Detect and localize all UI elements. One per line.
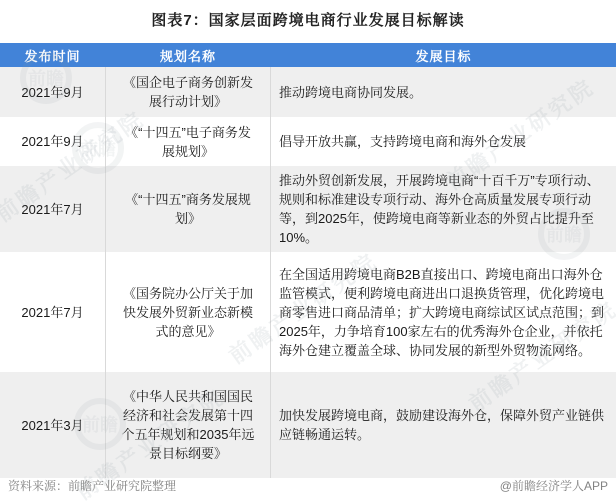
table-row: 2021年3月 《中华人民共和国国民经济和社会发展第十四个五年规划和2035年远… <box>0 372 616 478</box>
cell-plan-name: 《“十四五”商务发展规划》 <box>105 166 271 252</box>
cell-plan-name: 《国务院办公厅关于加快发展外贸新业态新模式的意见》 <box>105 252 271 372</box>
cell-publish-date: 2021年9月 <box>0 67 105 117</box>
brand-tag: @前瞻经济学人APP <box>500 477 608 494</box>
cell-development-goal: 推动跨境电商协同发展。 <box>271 67 616 117</box>
column-header-publish-date: 发布时间 <box>0 43 105 67</box>
footer: 资料来源：前瞻产业研究院整理 @前瞻经济学人APP <box>8 477 608 494</box>
policy-table: 发布时间 规划名称 发展目标 2021年9月 《国企电子商务创新发展行动计划》 … <box>0 43 616 478</box>
table-row: 2021年7月 《“十四五”商务发展规划》 推动外贸创新发展，开展跨境电商“十百… <box>0 166 616 252</box>
cell-publish-date: 2021年9月 <box>0 117 105 166</box>
cell-plan-name: 《中华人民共和国国民经济和社会发展第十四个五年规划和2035年远景目标纲要》 <box>105 372 271 478</box>
table-row: 2021年9月 《“十四五”电子商务发展规划》 倡导开放共赢，支持跨境电商和海外… <box>0 117 616 166</box>
cell-development-goal: 倡导开放共赢，支持跨境电商和海外仓发展 <box>271 117 616 166</box>
column-header-development-goal: 发展目标 <box>271 43 616 67</box>
table-row: 2021年9月 《国企电子商务创新发展行动计划》 推动跨境电商协同发展。 <box>0 67 616 117</box>
cell-publish-date: 2021年7月 <box>0 252 105 372</box>
page-title: 图表7：国家层面跨境电商行业发展目标解读 <box>0 9 616 30</box>
column-header-plan-name: 规划名称 <box>105 43 271 67</box>
source-note: 资料来源：前瞻产业研究院整理 <box>8 477 176 494</box>
cell-development-goal: 在全国适用跨境电商B2B直接出口、跨境电商出口海外仓监管模式，便利跨境电商进出口… <box>271 252 616 372</box>
cell-development-goal: 推动外贸创新发展，开展跨境电商“十百千万”专项行动、规则和标准建设专项行动、海外… <box>271 166 616 252</box>
cell-publish-date: 2021年3月 <box>0 372 105 478</box>
report-figure-page: 图表7：国家层面跨境电商行业发展目标解读 发布时间 规划名称 发展目标 2021… <box>0 0 616 504</box>
cell-plan-name: 《“十四五”电子商务发展规划》 <box>105 117 271 166</box>
cell-development-goal: 加快发展跨境电商，鼓励建设海外仓，保障外贸产业链供应链畅通运转。 <box>271 372 616 478</box>
cell-plan-name: 《国企电子商务创新发展行动计划》 <box>105 67 271 117</box>
table-row: 2021年7月 《国务院办公厅关于加快发展外贸新业态新模式的意见》 在全国适用跨… <box>0 252 616 372</box>
table-header-row: 发布时间 规划名称 发展目标 <box>0 43 616 67</box>
cell-publish-date: 2021年7月 <box>0 166 105 252</box>
